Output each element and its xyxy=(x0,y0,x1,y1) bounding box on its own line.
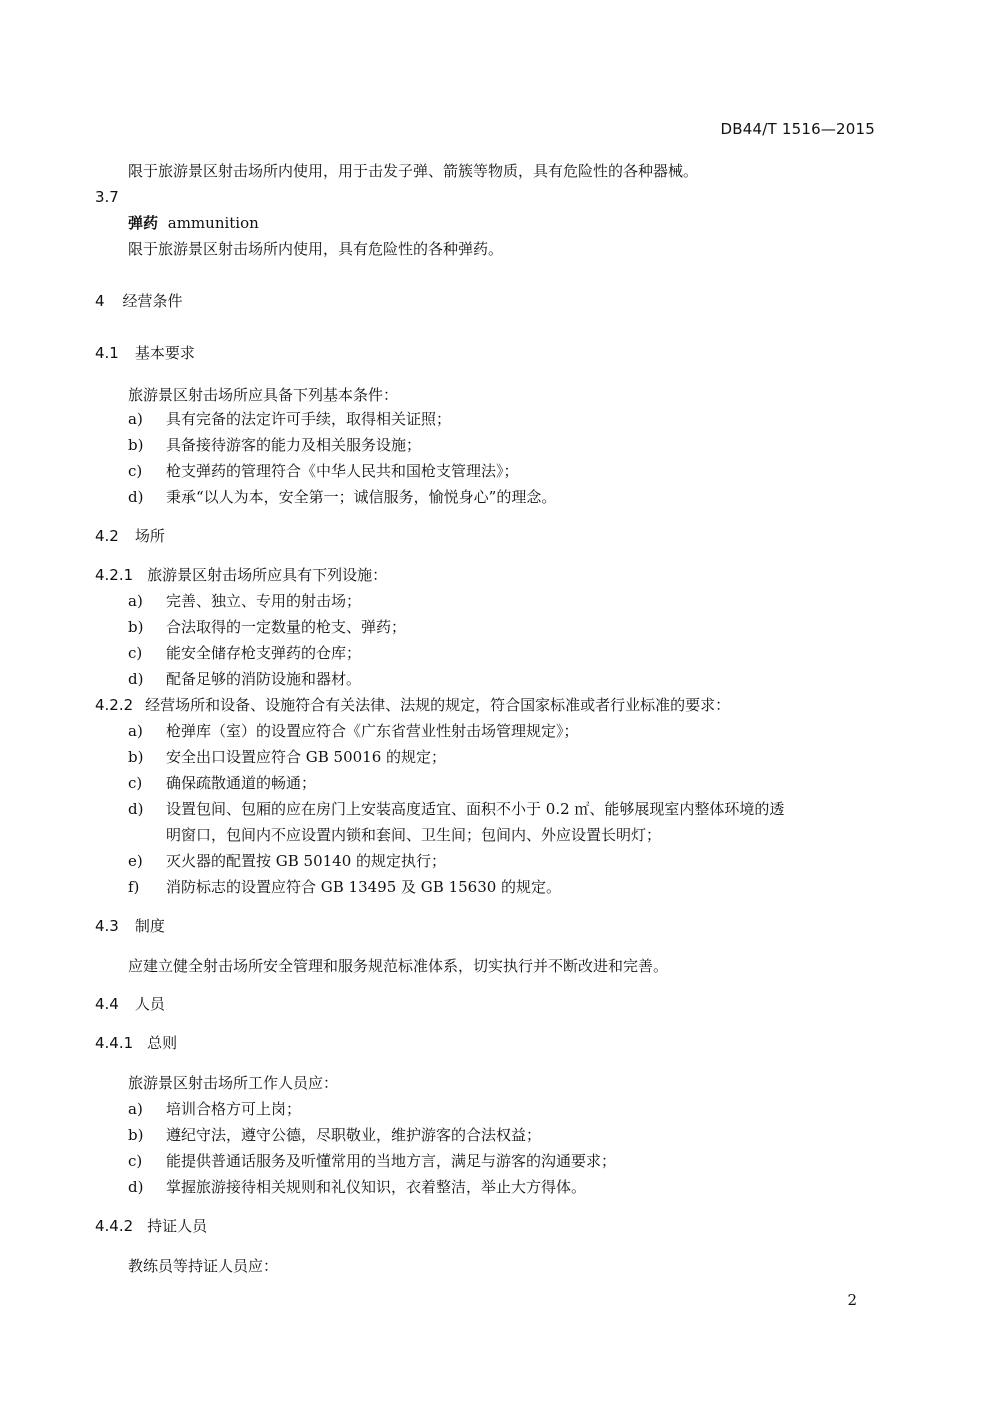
section-number: 4.4 xyxy=(95,995,119,1013)
list-label: c) xyxy=(128,458,166,484)
list-text: 完善、独立、专用的射击场； xyxy=(166,592,361,610)
list-label: a) xyxy=(128,718,166,744)
term-en: ammunition xyxy=(168,214,259,232)
section-title: 人员 xyxy=(135,995,165,1013)
term-cn: 弹药 xyxy=(128,214,158,232)
list-label: b) xyxy=(128,744,166,770)
section-heading: 4.4.2持证人员 xyxy=(95,1213,207,1239)
list-label: b) xyxy=(128,614,166,640)
list-item: d)秉承“以人为本，安全第一；诚信服务，愉悦身心”的理念。 xyxy=(128,484,556,510)
list-text: 遵纪守法，遵守公德，尽职敬业，维护游客的合法权益； xyxy=(166,1126,541,1144)
section-number: 4.3 xyxy=(95,917,119,935)
clause: 4.2.1旅游景区射击场所应具有下列设施： xyxy=(95,562,387,588)
list-item: b)安全出口设置应符合 GB 50016 的规定； xyxy=(128,744,446,770)
list-item: c)枪支弹药的管理符合《中华人民共和国枪支管理法》； xyxy=(128,458,519,484)
section-number: 4.1 xyxy=(95,344,119,362)
section-heading: 4.2场所 xyxy=(95,523,165,549)
section-heading: 4.3制度 xyxy=(95,913,165,939)
list-label: a) xyxy=(128,406,166,432)
list-label: c) xyxy=(128,770,166,796)
section-title: 基本要求 xyxy=(135,344,195,362)
section-heading: 4经营条件 xyxy=(95,288,183,314)
section-title: 经营条件 xyxy=(123,292,183,310)
list-item: a)完善、独立、专用的射击场； xyxy=(128,588,361,614)
list-text: 配备足够的消防设施和器材。 xyxy=(166,670,361,688)
list-label: b) xyxy=(128,432,166,458)
section-title: 制度 xyxy=(135,917,165,935)
list-item: c)确保疏散通道的畅通； xyxy=(128,770,316,796)
list-label: d) xyxy=(128,1174,166,1200)
list-item: b)合法取得的一定数量的枪支、弹药； xyxy=(128,614,406,640)
list-label: a) xyxy=(128,588,166,614)
list-text: 具备接待游客的能力及相关服务设施； xyxy=(166,436,421,454)
list-text: 培训合格方可上岗； xyxy=(166,1100,301,1118)
list-item: d)设置包间、包厢的应在房门上安装高度适宜、面积不小于 0.2 ㎡、能够展现室内… xyxy=(128,796,784,822)
page-number: 2 xyxy=(847,1291,857,1309)
section-heading: 4.4人员 xyxy=(95,991,165,1017)
clause-text: 旅游景区射击场所应具有下列设施： xyxy=(147,566,387,584)
paragraph: 旅游景区射击场所工作人员应： xyxy=(128,1070,338,1096)
list-text: 安全出口设置应符合 GB 50016 的规定； xyxy=(166,748,446,766)
clause: 4.2.2经营场所和设备、设施符合有关法律、法规的规定，符合国家标准或者行业标准… xyxy=(95,692,730,718)
list-text: 设置包间、包厢的应在房门上安装高度适宜、面积不小于 0.2 ㎡、能够展现室内整体… xyxy=(166,800,784,818)
list-item: a)枪弹库（室）的设置应符合《广东省营业性射击场管理规定》； xyxy=(128,718,579,744)
section-title: 持证人员 xyxy=(147,1217,207,1235)
definition-text: 限于旅游景区射击场所内使用，用于击发子弹、箭簇等物质，具有危险性的各种器械。 xyxy=(128,158,698,184)
list-text: 灭火器的配置按 GB 50140 的规定执行； xyxy=(166,852,446,870)
list-item: b)具备接待游客的能力及相关服务设施； xyxy=(128,432,421,458)
paragraph: 旅游景区射击场所应具备下列基本条件： xyxy=(128,382,398,408)
paragraph: 教练员等持证人员应： xyxy=(128,1253,278,1279)
list-item: e)灭火器的配置按 GB 50140 的规定执行； xyxy=(128,848,446,874)
list-label: f) xyxy=(128,874,166,900)
list-label: c) xyxy=(128,1148,166,1174)
list-label: a) xyxy=(128,1096,166,1122)
list-item-continuation: 明窗口，包间内不应设置内锁和套间、卫生间；包间内、外应设置长明灯； xyxy=(166,822,661,848)
list-item: d)配备足够的消防设施和器材。 xyxy=(128,666,361,692)
list-text: 合法取得的一定数量的枪支、弹药； xyxy=(166,618,406,636)
list-label: d) xyxy=(128,796,166,822)
list-label: c) xyxy=(128,640,166,666)
list-item: d)掌握旅游接待相关规则和礼仪知识，衣着整洁，举止大方得体。 xyxy=(128,1174,586,1200)
section-number: 4.4.1 xyxy=(95,1034,133,1052)
clause-number: 4.2.1 xyxy=(95,566,133,584)
section-title: 场所 xyxy=(135,527,165,545)
list-text: 确保疏散通道的畅通； xyxy=(166,774,316,792)
clause-text: 经营场所和设备、设施符合有关法律、法规的规定，符合国家标准或者行业标准的要求： xyxy=(145,696,730,714)
list-label: d) xyxy=(128,484,166,510)
list-label: e) xyxy=(128,848,166,874)
section-number: 4 xyxy=(95,292,105,310)
list-item: c)能安全储存枪支弹药的仓库； xyxy=(128,640,361,666)
section-number: 4.4.2 xyxy=(95,1217,133,1235)
clause-number: 3.7 xyxy=(95,184,119,210)
term-entry: 弹药 ammunition xyxy=(128,210,259,237)
list-text: 秉承“以人为本，安全第一；诚信服务，愉悦身心”的理念。 xyxy=(166,488,556,506)
list-text: 消防标志的设置应符合 GB 13495 及 GB 15630 的规定。 xyxy=(166,878,561,896)
section-title: 总则 xyxy=(147,1034,177,1052)
list-text: 具有完备的法定许可手续，取得相关证照； xyxy=(166,410,451,428)
list-text: 能提供普通话服务及听懂常用的当地方言，满足与游客的沟通要求； xyxy=(166,1152,616,1170)
clause-number: 4.2.2 xyxy=(95,696,133,714)
list-text: 枪弹库（室）的设置应符合《广东省营业性射击场管理规定》； xyxy=(166,722,579,740)
list-item: a)具有完备的法定许可手续，取得相关证照； xyxy=(128,406,451,432)
list-label: d) xyxy=(128,666,166,692)
list-item: b)遵纪守法，遵守公德，尽职敬业，维护游客的合法权益； xyxy=(128,1122,541,1148)
list-text: 能安全储存枪支弹药的仓库； xyxy=(166,644,361,662)
section-number: 4.2 xyxy=(95,527,119,545)
list-label: b) xyxy=(128,1122,166,1148)
list-text: 掌握旅游接待相关规则和礼仪知识，衣着整洁，举止大方得体。 xyxy=(166,1178,586,1196)
list-text: 枪支弹药的管理符合《中华人民共和国枪支管理法》； xyxy=(166,462,519,480)
list-item: a)培训合格方可上岗； xyxy=(128,1096,301,1122)
section-heading: 4.1基本要求 xyxy=(95,340,195,366)
document-code: DB44/T 1516—2015 xyxy=(721,120,875,138)
section-heading: 4.4.1总则 xyxy=(95,1030,177,1056)
definition-text: 限于旅游景区射击场所内使用，具有危险性的各种弹药。 xyxy=(128,236,503,262)
list-item: f)消防标志的设置应符合 GB 13495 及 GB 15630 的规定。 xyxy=(128,874,561,900)
document-page: DB44/T 1516—2015 限于旅游景区射击场所内使用，用于击发子弹、箭簇… xyxy=(0,0,993,1404)
list-item: c)能提供普通话服务及听懂常用的当地方言，满足与游客的沟通要求； xyxy=(128,1148,616,1174)
paragraph: 应建立健全射击场所安全管理和服务规范标准体系，切实执行并不断改进和完善。 xyxy=(128,953,668,979)
